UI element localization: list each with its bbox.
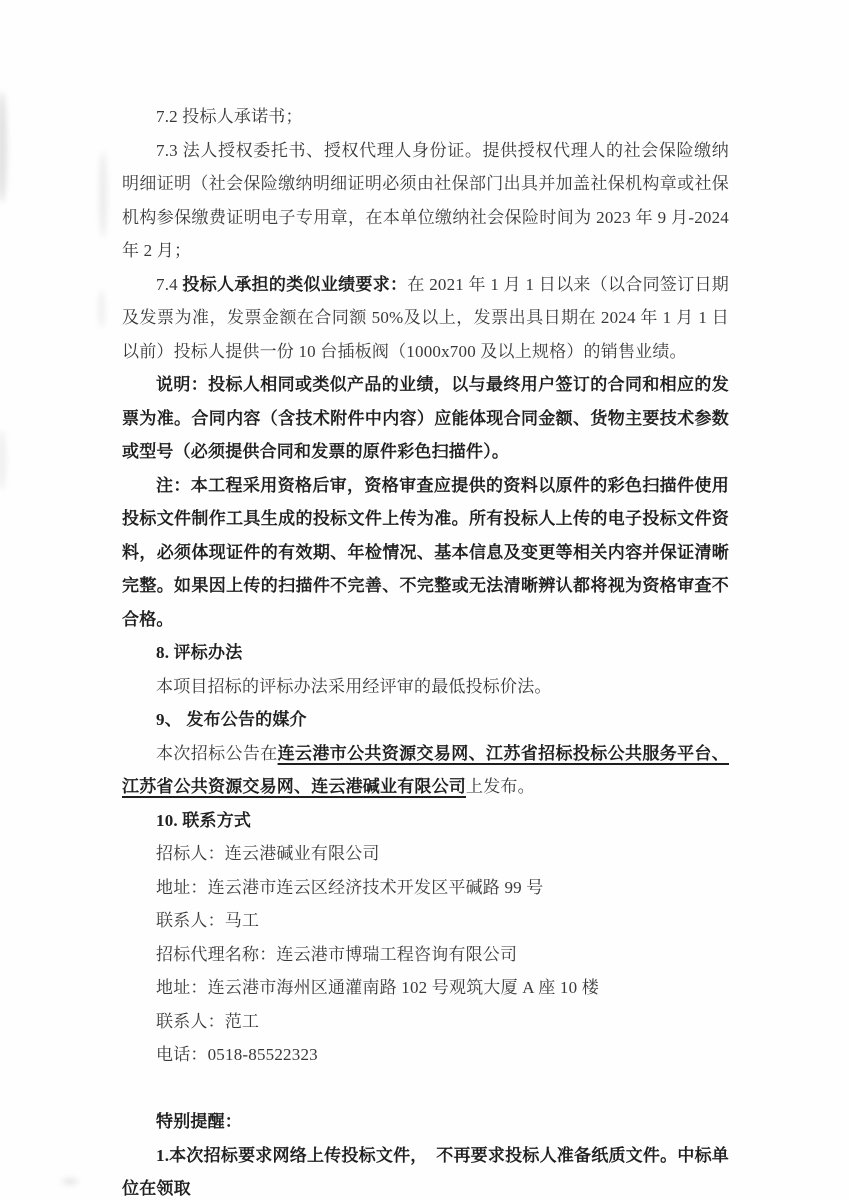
document-page: 7.2 投标人承诺书； 7.3 法人授权委托书、授权代理人身份证。提供授权代理人… xyxy=(0,0,849,1200)
contact-tenderer-person: 联系人：马工 xyxy=(122,904,729,938)
clause-7-4-number: 7.4 xyxy=(156,275,182,294)
heading-10-contact-info: 10. 联系方式 xyxy=(122,804,729,838)
scan-artifact xyxy=(0,92,7,202)
contact-agency-address: 地址：连云港市海州区通灌南路 102 号观筑大厦 A 座 10 楼 xyxy=(122,971,729,1005)
paragraph-7-3: 7.3 法人授权委托书、授权代理人身份证。提供授权代理人的社会保险缴纳明细证明（… xyxy=(122,134,729,268)
contact-tenderer: 招标人：连云港碱业有限公司 xyxy=(122,837,729,871)
paragraph-zhu-note: 注：本工程采用资格后审，资格审查应提供的资料以原件的彩色扫描件使用投标文件制作工… xyxy=(122,469,729,637)
paragraph-7-4: 7.4 投标人承担的类似业绩要求：在 2021 年 1 月 1 日以来（以合同签… xyxy=(122,268,729,369)
contact-agency-name: 招标代理名称：连云港市博瑞工程咨询有限公司 xyxy=(122,938,729,972)
scan-artifact xyxy=(99,152,107,237)
document-content: 7.2 投标人承诺书； 7.3 法人授权委托书、授权代理人身份证。提供授权代理人… xyxy=(122,100,729,1200)
clause-7-4-title: 投标人承担的类似业绩要求： xyxy=(182,275,407,294)
special-reminder-title: 特别提醒： xyxy=(122,1105,729,1139)
heading-9-announcement-media: 9、 发布公告的媒介 xyxy=(122,703,729,737)
paragraph-shuoming-note: 说明：投标人相同或类似产品的业绩，以与最终用户签订的合同和相应的发票为准。合同内… xyxy=(122,368,729,469)
heading-8-evaluation-method: 8. 评标办法 xyxy=(122,636,729,670)
special-reminder-item-1: 1.本次招标要求网络上传投标文件， 不再要求投标人准备纸质文件。中标单位在领取 xyxy=(122,1139,729,1200)
contact-phone: 电话：0518-85522323 xyxy=(122,1038,729,1072)
scan-artifact xyxy=(0,430,6,490)
contact-tenderer-address: 地址：连云港市连云区经济技术开发区平碱路 99 号 xyxy=(122,871,729,905)
paragraph-9-body: 本次招标公告在连云港市公共资源交易网、江苏省招标投标公共服务平台、江苏省公共资源… xyxy=(122,737,729,804)
contact-agency-person: 联系人：范工 xyxy=(122,1005,729,1039)
paragraph-7-2: 7.2 投标人承诺书； xyxy=(122,100,729,134)
paragraph-8-body: 本项目招标的评标办法采用经评审的最低投标价法。 xyxy=(122,670,729,704)
scan-artifact xyxy=(62,1178,78,1185)
announcement-prefix: 本次招标公告在 xyxy=(156,744,278,763)
blank-line xyxy=(122,1072,729,1106)
announcement-suffix: 上发布。 xyxy=(466,777,535,796)
scan-artifact xyxy=(98,290,105,328)
